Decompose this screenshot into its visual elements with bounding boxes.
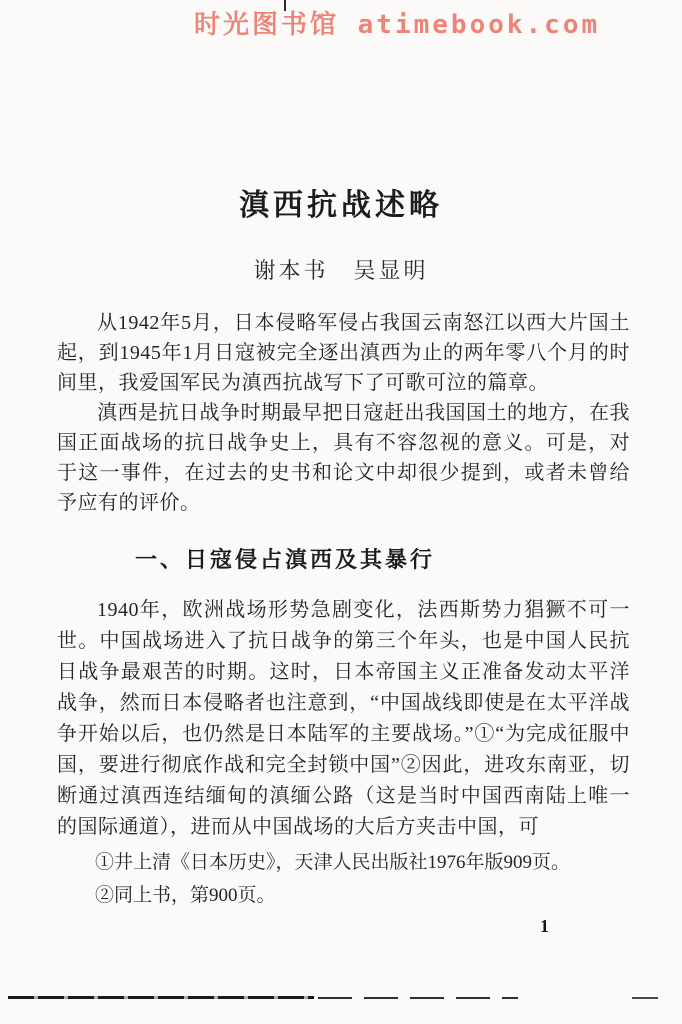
paragraph: 从1942年5月，日本侵略军侵占我国云南怒江以西大片国土起，到1945年1月日寇… bbox=[57, 308, 630, 398]
scan-artifact-line bbox=[632, 997, 658, 999]
footnote: ②同上书，第900页。 bbox=[95, 879, 635, 912]
intro-paragraphs: 从1942年5月，日本侵略军侵占我国云南怒江以西大片国土起，到1945年1月日寇… bbox=[57, 308, 630, 518]
watermark: 时光图书馆 atimebook.com bbox=[194, 4, 600, 41]
section-body: 1940年，欧洲战场形势急剧变化，法西斯势力猖獗不可一世。中国战场进入了抗日战争… bbox=[57, 595, 630, 843]
footnote: ①井上清《日本历史》，天津人民出版社1976年版909页。 bbox=[95, 846, 635, 879]
page-title: 滇西抗战述略 bbox=[0, 180, 682, 224]
footnotes: ①井上清《日本历史》，天津人民出版社1976年版909页。 ②同上书，第900页… bbox=[95, 846, 635, 912]
paragraph: 1940年，欧洲战场形势急剧变化，法西斯势力猖獗不可一世。中国战场进入了抗日战争… bbox=[57, 595, 630, 843]
scan-artifact-tick bbox=[284, 0, 286, 11]
authors: 谢本书 吴显明 bbox=[0, 254, 682, 285]
section-heading: 一、日寇侵占滇西及其暴行 bbox=[135, 543, 435, 574]
paragraph: 滇西是抗日战争时期最早把日寇赶出我国国土的地方，在我国正面战场的抗日战争史上，具… bbox=[57, 398, 630, 518]
scan-artifact-line bbox=[318, 997, 518, 999]
scan-artifact-line bbox=[8, 996, 314, 999]
page-number: 1 bbox=[540, 916, 549, 937]
scanned-book-page: 时光图书馆 atimebook.com 滇西抗战述略 谢本书 吴显明 从1942… bbox=[0, 0, 682, 1024]
